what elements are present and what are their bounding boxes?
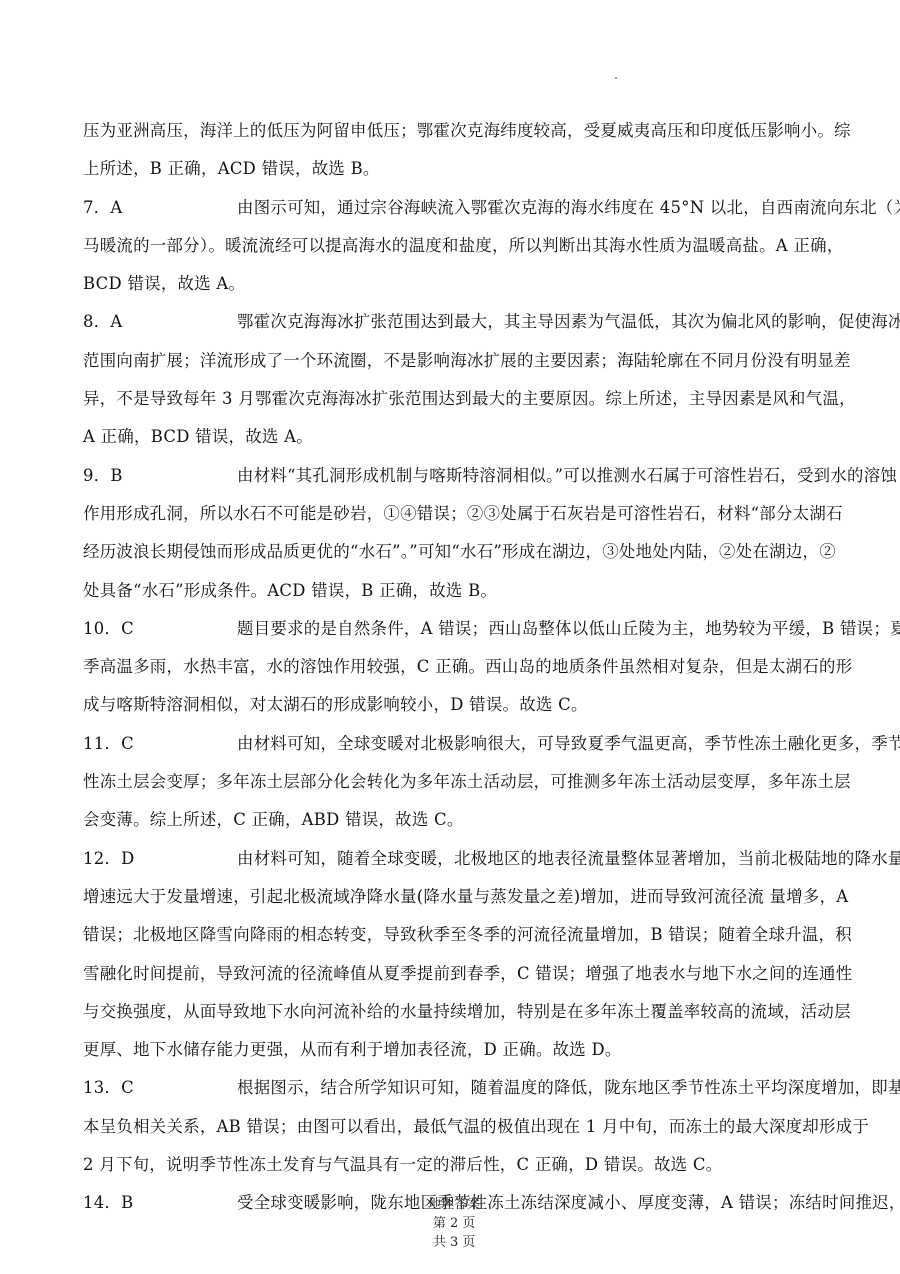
text-line: 与交换强度，从面导致地下水向河流补给的水量持续增加，特别是在多年冻土覆盖率较高的… xyxy=(83,993,821,1031)
footer-subject: 地理答案 xyxy=(428,1197,480,1212)
text-line: 错误；北极地区降雪向降雨的相态转变，导致秋季至冬季的河流径流量增加，B 错误；随… xyxy=(83,916,821,954)
text-line: 作用形成孔洞，所以水石不可能是砂岩，①④错误；②③处属于石灰岩是可溶性岩石，材料… xyxy=(83,495,821,533)
answer-8-line-1: 8．A鄂霍次克海海冰扩张范围达到最大，其主导因素为气温低，其次为偏北风的影响，促… xyxy=(83,303,821,341)
text-line: 马暖流的一部分）。暖流流经可以提高海水的温度和盐度，所以判断出其海水性质为温暖高… xyxy=(83,227,821,265)
text-line: 雪融化时间提前，导致河流的径流峰值从夏季提前到春季，C 错误；增强了地表水与地下… xyxy=(83,955,821,993)
text-line: 本呈负相关关系，AB 错误；由图可以看出，最低气温的极值出现在 1 月中旬，而冻… xyxy=(83,1108,821,1146)
text-line: 上所述，B 正确，ACD 错误，故选 B。 xyxy=(83,150,821,188)
scan-dot xyxy=(615,77,617,79)
answer-document: 压为亚洲高压，海洋上的低压为阿留申低压；鄂霍次克海纬度较高，受夏威夷高压和印度低… xyxy=(83,112,821,1223)
answer-13-line-1: 13．C根据图示，结合所学知识可知，随着温度的降低，陇东地区季节性冻土平均深度增… xyxy=(83,1069,821,1107)
answer-number: 10．C xyxy=(83,610,237,648)
text-line: 季高温多雨，水热丰富，水的溶蚀作用较强，C 正确。西山岛的地质条件虽然相对复杂，… xyxy=(83,648,821,686)
answer-12-line-1: 12．D由材料可知，随着全球变暖，北极地区的地表径流量整体显著增加，当前北极陆地… xyxy=(83,840,821,878)
text-line: 压为亚洲高压，海洋上的低压为阿留申低压；鄂霍次克海纬度较高，受夏威夷高压和印度低… xyxy=(83,112,821,150)
answer-10-line-1: 10．C题目要求的是自然条件，A 错误；西山岛整体以低山丘陵为主，地势较为平缓，… xyxy=(83,610,821,648)
answer-number: 12．D xyxy=(83,840,237,878)
text-line: 范围向南扩展；洋流形成了一个环流圈，不是影响海冰扩展的主要因素；海陆轮廓在不同月… xyxy=(83,342,821,380)
answer-number: 11．C xyxy=(83,725,237,763)
text-line: 异，不是导致每年 3 月鄂霍次克海海冰扩张范围达到最大的主要原因。综上所述，主导… xyxy=(83,380,821,418)
answer-number: 8．A xyxy=(83,303,237,341)
text-line: 成与喀斯特溶洞相似，对太湖石的形成影响较小，D 错误。故选 C。 xyxy=(83,686,821,724)
text-line: BCD 错误，故选 A。 xyxy=(83,265,821,303)
footer-page-number: 第 2 页 xyxy=(433,1216,476,1231)
answer-11-line-1: 11．C由材料可知，全球变暖对北极影响很大，可导致夏季气温更高，季节性冻土融化更… xyxy=(83,725,821,763)
text-line: A 正确，BCD 错误，故选 A。 xyxy=(83,418,821,456)
text-line: 会变薄。综上所述，C 正确，ABD 错误，故选 C。 xyxy=(83,801,821,839)
page-footer: 地理答案 第 2 页 共 3 页 xyxy=(0,1178,900,1250)
answer-number: 9．B xyxy=(83,457,237,495)
answer-number: 13．C xyxy=(83,1069,237,1107)
answer-7-line-1: 7．A由图示可知，通过宗谷海峡流入鄂霍次克海的海水纬度在 45°N 以北，自西南… xyxy=(83,189,821,227)
answer-9-line-1: 9．B由材料“其孔洞形成机制与喀斯特溶洞相似。”可以推测水石属于可溶性岩石，受到… xyxy=(83,457,821,495)
text-line: 处具备“水石”形成条件。ACD 错误，B 正确，故选 B。 xyxy=(83,572,821,610)
text-line: 性冻土层会变厚；多年冻土层部分化会转化为多年冻土活动层，可推测多年冻土活动层变厚… xyxy=(83,763,821,801)
text-line: 经历波浪长期侵蚀而形成品质更优的“水石”。”可知“水石”形成在湖边，③处地处内陆… xyxy=(83,533,821,571)
text-line: 更厚、地下水储存能力更强，从而有利于增加表径流，D 正确。故选 D。 xyxy=(83,1031,821,1069)
footer-total-pages: 共 3 页 xyxy=(433,1235,476,1250)
text-line: 增速远大于发量增速，引起北极流域净降水量(降水量与蒸发量之差)增加，进而导致河流… xyxy=(83,878,821,916)
answer-number: 7．A xyxy=(83,189,237,227)
